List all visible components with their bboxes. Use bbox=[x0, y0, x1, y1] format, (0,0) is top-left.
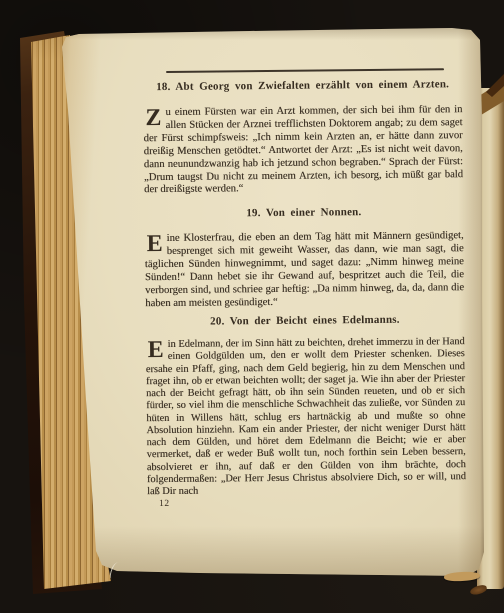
section-paragraph-19: Eine Klosterfrau, die eben an dem Tag hä… bbox=[145, 230, 465, 310]
section-heading-19: 19. Von einer Nonnen. bbox=[144, 205, 463, 220]
page-number: 12 bbox=[159, 499, 170, 509]
typeset-text-block: 18. Abt Georg von Zwiefalten erzählt von… bbox=[142, 0, 466, 560]
section-heading-18: 18. Abt Georg von Zwiefalten erzählt von… bbox=[143, 78, 462, 93]
section-heading-20: 20. Von der Beicht eines Edelmanns. bbox=[145, 313, 464, 328]
section-paragraph-20: Ein Edelmann, der im Sinn hätt zu beicht… bbox=[146, 336, 467, 498]
gutter-shading bbox=[458, 28, 484, 578]
section-paragraph-18: Zu einem Fürsten war ein Arzt kommen, de… bbox=[143, 104, 463, 197]
header-rule bbox=[166, 68, 444, 73]
book-photo: { "colors": { "backdrop": "#17130f", "pa… bbox=[0, 0, 504, 613]
bottom-edge-shading bbox=[60, 526, 486, 578]
